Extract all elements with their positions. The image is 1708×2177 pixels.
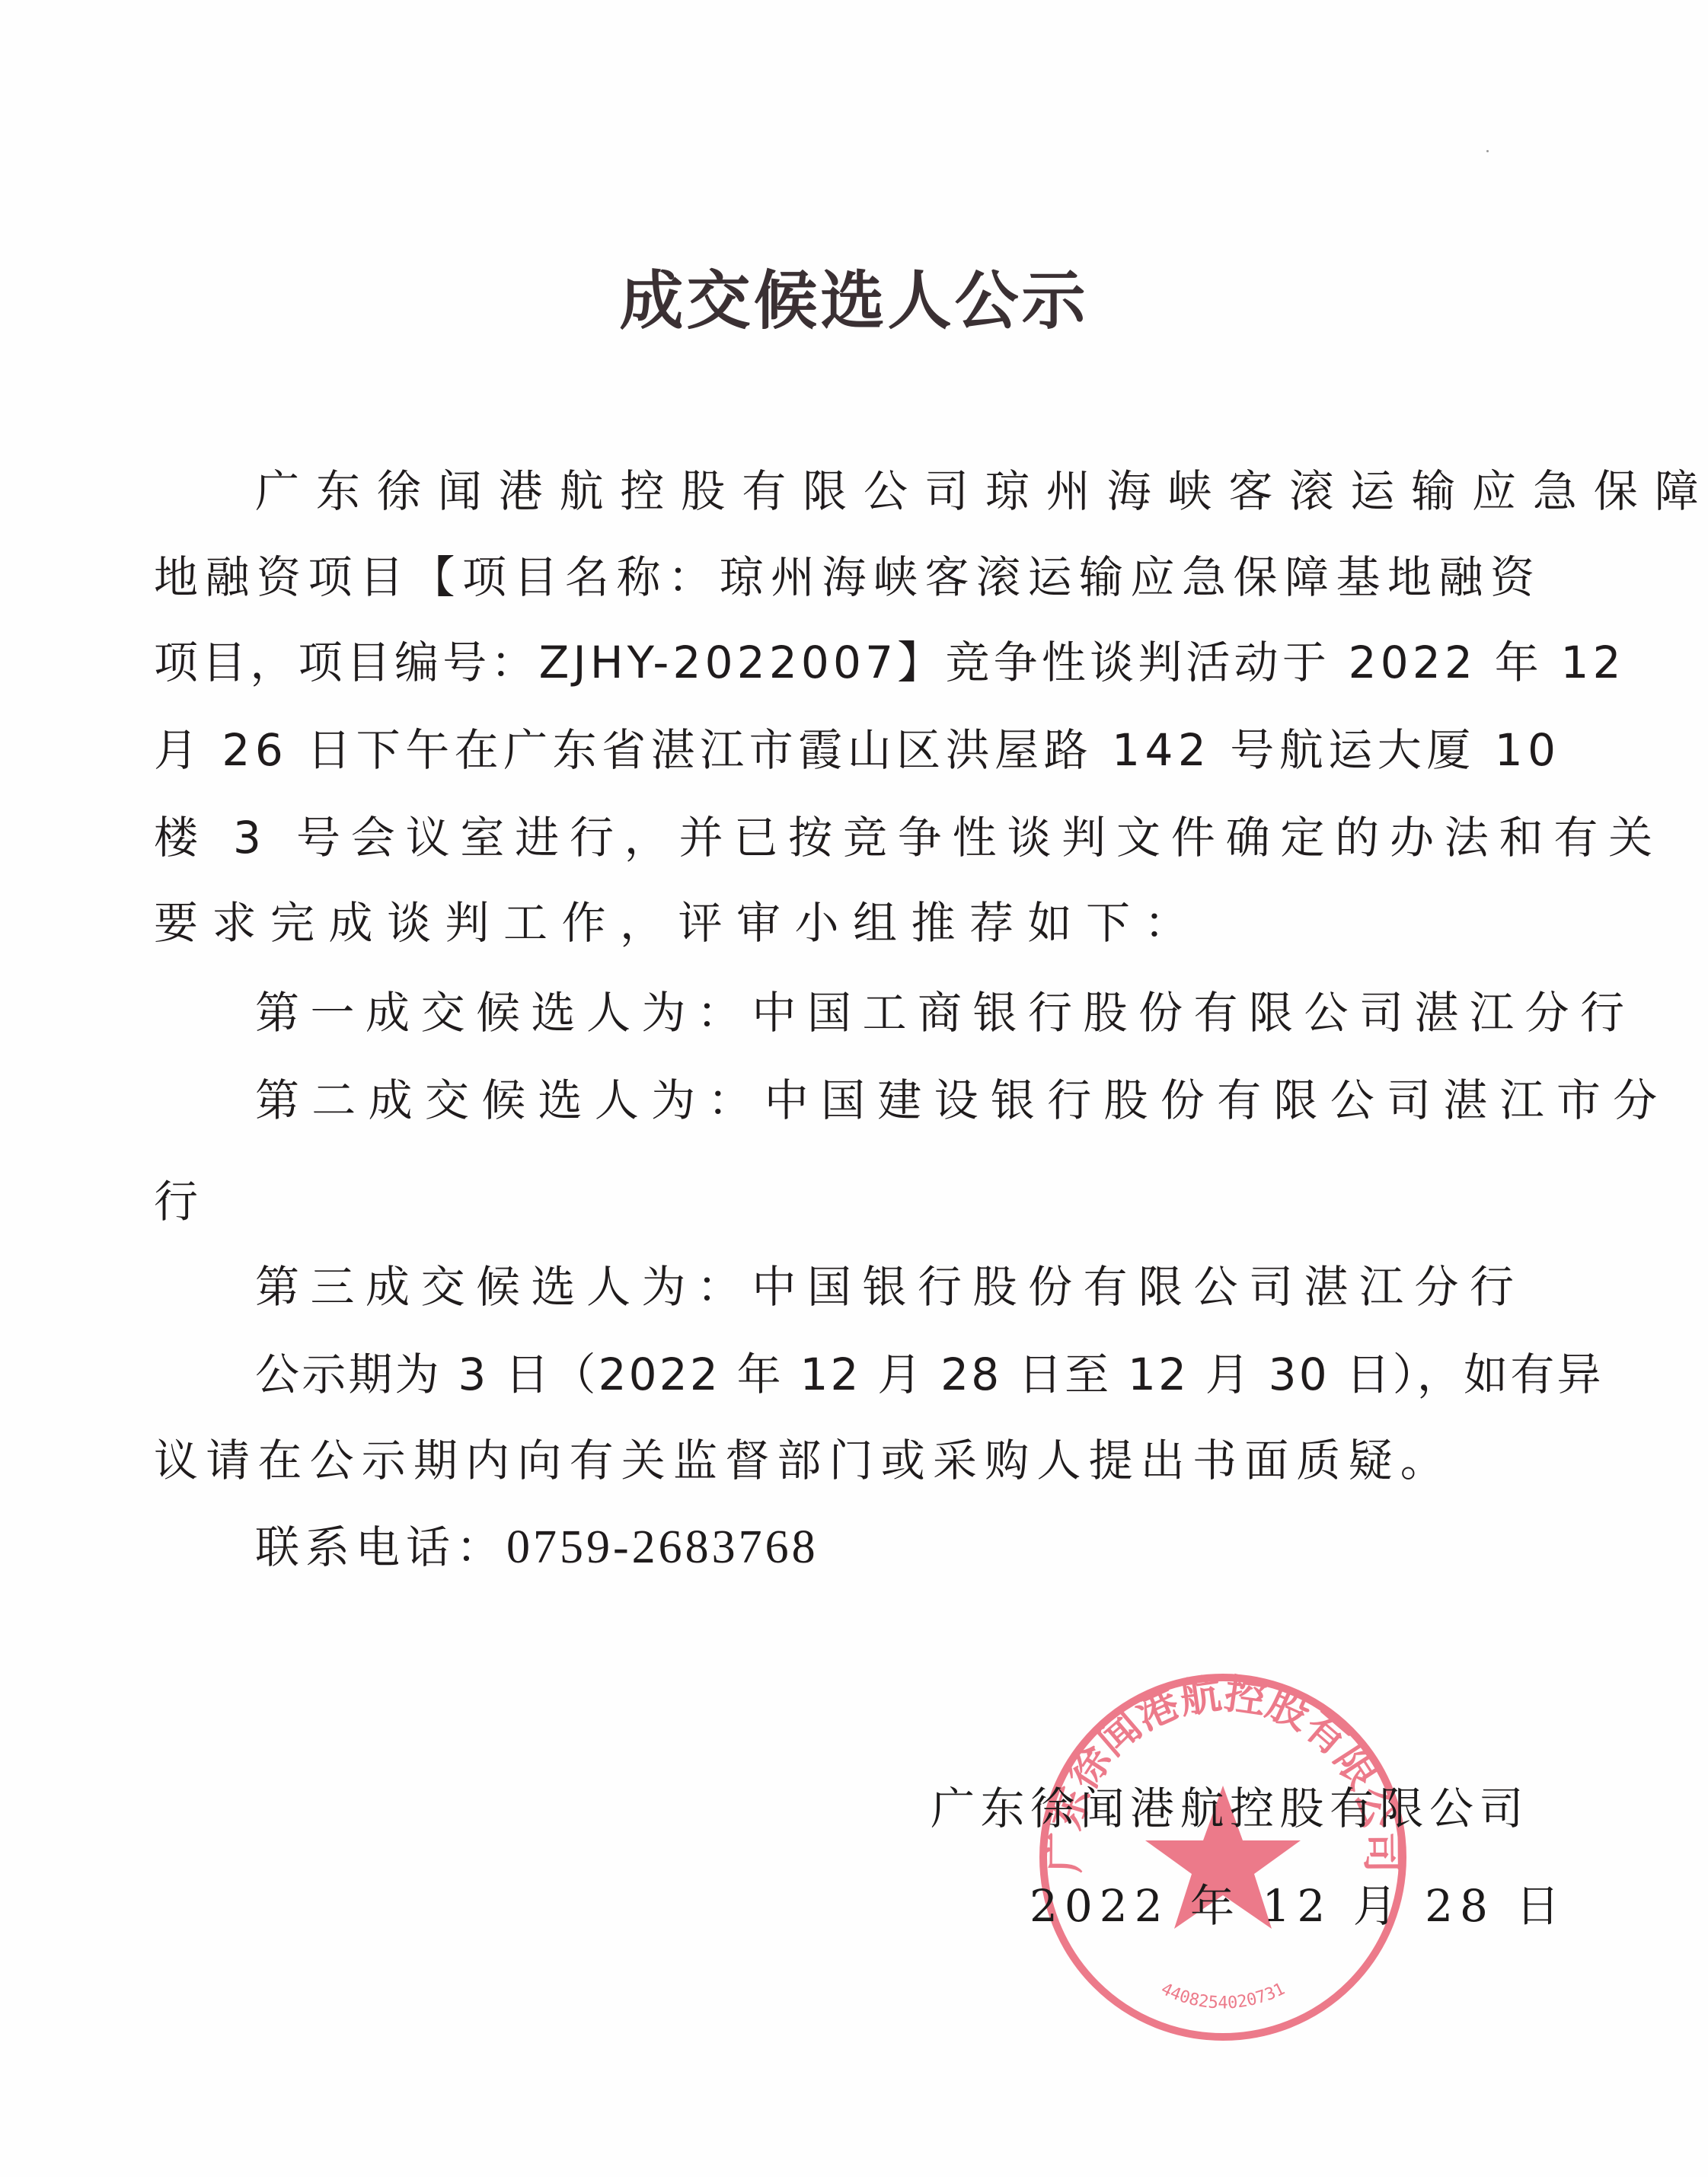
candidate-3-label: 第三成交候选人为： — [255, 1261, 752, 1313]
official-seal-stamp: 广东徐闻港航控股有限公司 4408254020731 — [1037, 1671, 1409, 2043]
body-line-1: 广东徐闻港航控股有限公司琼州海峡客滚运输应急保障基 — [255, 464, 1708, 518]
body-line-4: 月 26 日下午在广东省湛江市霞山区洪屋路 142 号航运大厦 10 — [154, 723, 1561, 777]
signature-date: 2022 年 12 月 28 日 — [1030, 1879, 1566, 1933]
seal-ring-text: 广东徐闻港航控股有限公司 — [1039, 1671, 1406, 1873]
contact-line: 联系电话：0759-2683768 — [255, 1521, 819, 1574]
body-line-6: 要求完成谈判工作，评审小组推荐如下： — [154, 896, 1202, 950]
candidate-1: 第一成交候选人为：中国工商银行股份有限公司湛江分行 — [255, 986, 1636, 1039]
candidate-1-label: 第一成交候选人为： — [255, 987, 752, 1039]
body-line-5: 楼 3 号会议室进行，并已按竞争性谈判文件确定的办法和有关 — [154, 811, 1663, 864]
candidate-3-name: 中国银行股份有限公司湛江分行 — [752, 1261, 1525, 1313]
contact-label: 联系电话： — [255, 1521, 506, 1573]
document-title: 成交候选人公示 — [0, 259, 1708, 343]
candidate-1-name: 中国工商银行股份有限公司湛江分行 — [752, 987, 1636, 1039]
svg-text:广东徐闻港航控股有限公司: 广东徐闻港航控股有限公司 — [1039, 1671, 1406, 1873]
candidate-2: 第二成交候选人为：中国建设银行股份有限公司湛江市分 — [255, 1074, 1670, 1127]
seal-code: 4408254020731 — [1158, 1980, 1288, 2013]
candidate-2-name: 中国建设银行股份有限公司湛江市分 — [765, 1074, 1670, 1126]
body-line-3: 项目，项目编号：ZJHY-2022007】竞争性谈判活动于 2022 年 12 — [154, 636, 1625, 689]
document-page: 成交候选人公示 广东徐闻港航控股有限公司琼州海峡客滚运输应急保障基 地融资项目【… — [0, 0, 1708, 2177]
candidate-2-label: 第二成交候选人为： — [255, 1074, 765, 1126]
scan-speck — [1486, 150, 1489, 152]
candidate-2-wrap: 行 — [154, 1175, 198, 1228]
body-line-2: 地融资项目【项目名称：琼州海峡客滚运输应急保障基地融资 — [154, 551, 1542, 604]
contact-phone: 0759-2683768 — [506, 1521, 819, 1573]
notice-line-2: 议请在公示期内向有关监督部门或采购人提出书面质疑。 — [154, 1434, 1452, 1487]
notice-line-1: 公示期为 3 日（2022 年 12 月 28 日至 12 月 30 日），如有… — [255, 1348, 1604, 1401]
svg-text:4408254020731: 4408254020731 — [1158, 1980, 1288, 2013]
candidate-3: 第三成交候选人为：中国银行股份有限公司湛江分行 — [255, 1260, 1525, 1314]
signature-company: 广东徐闻港航控股有限公司 — [931, 1782, 1529, 1835]
